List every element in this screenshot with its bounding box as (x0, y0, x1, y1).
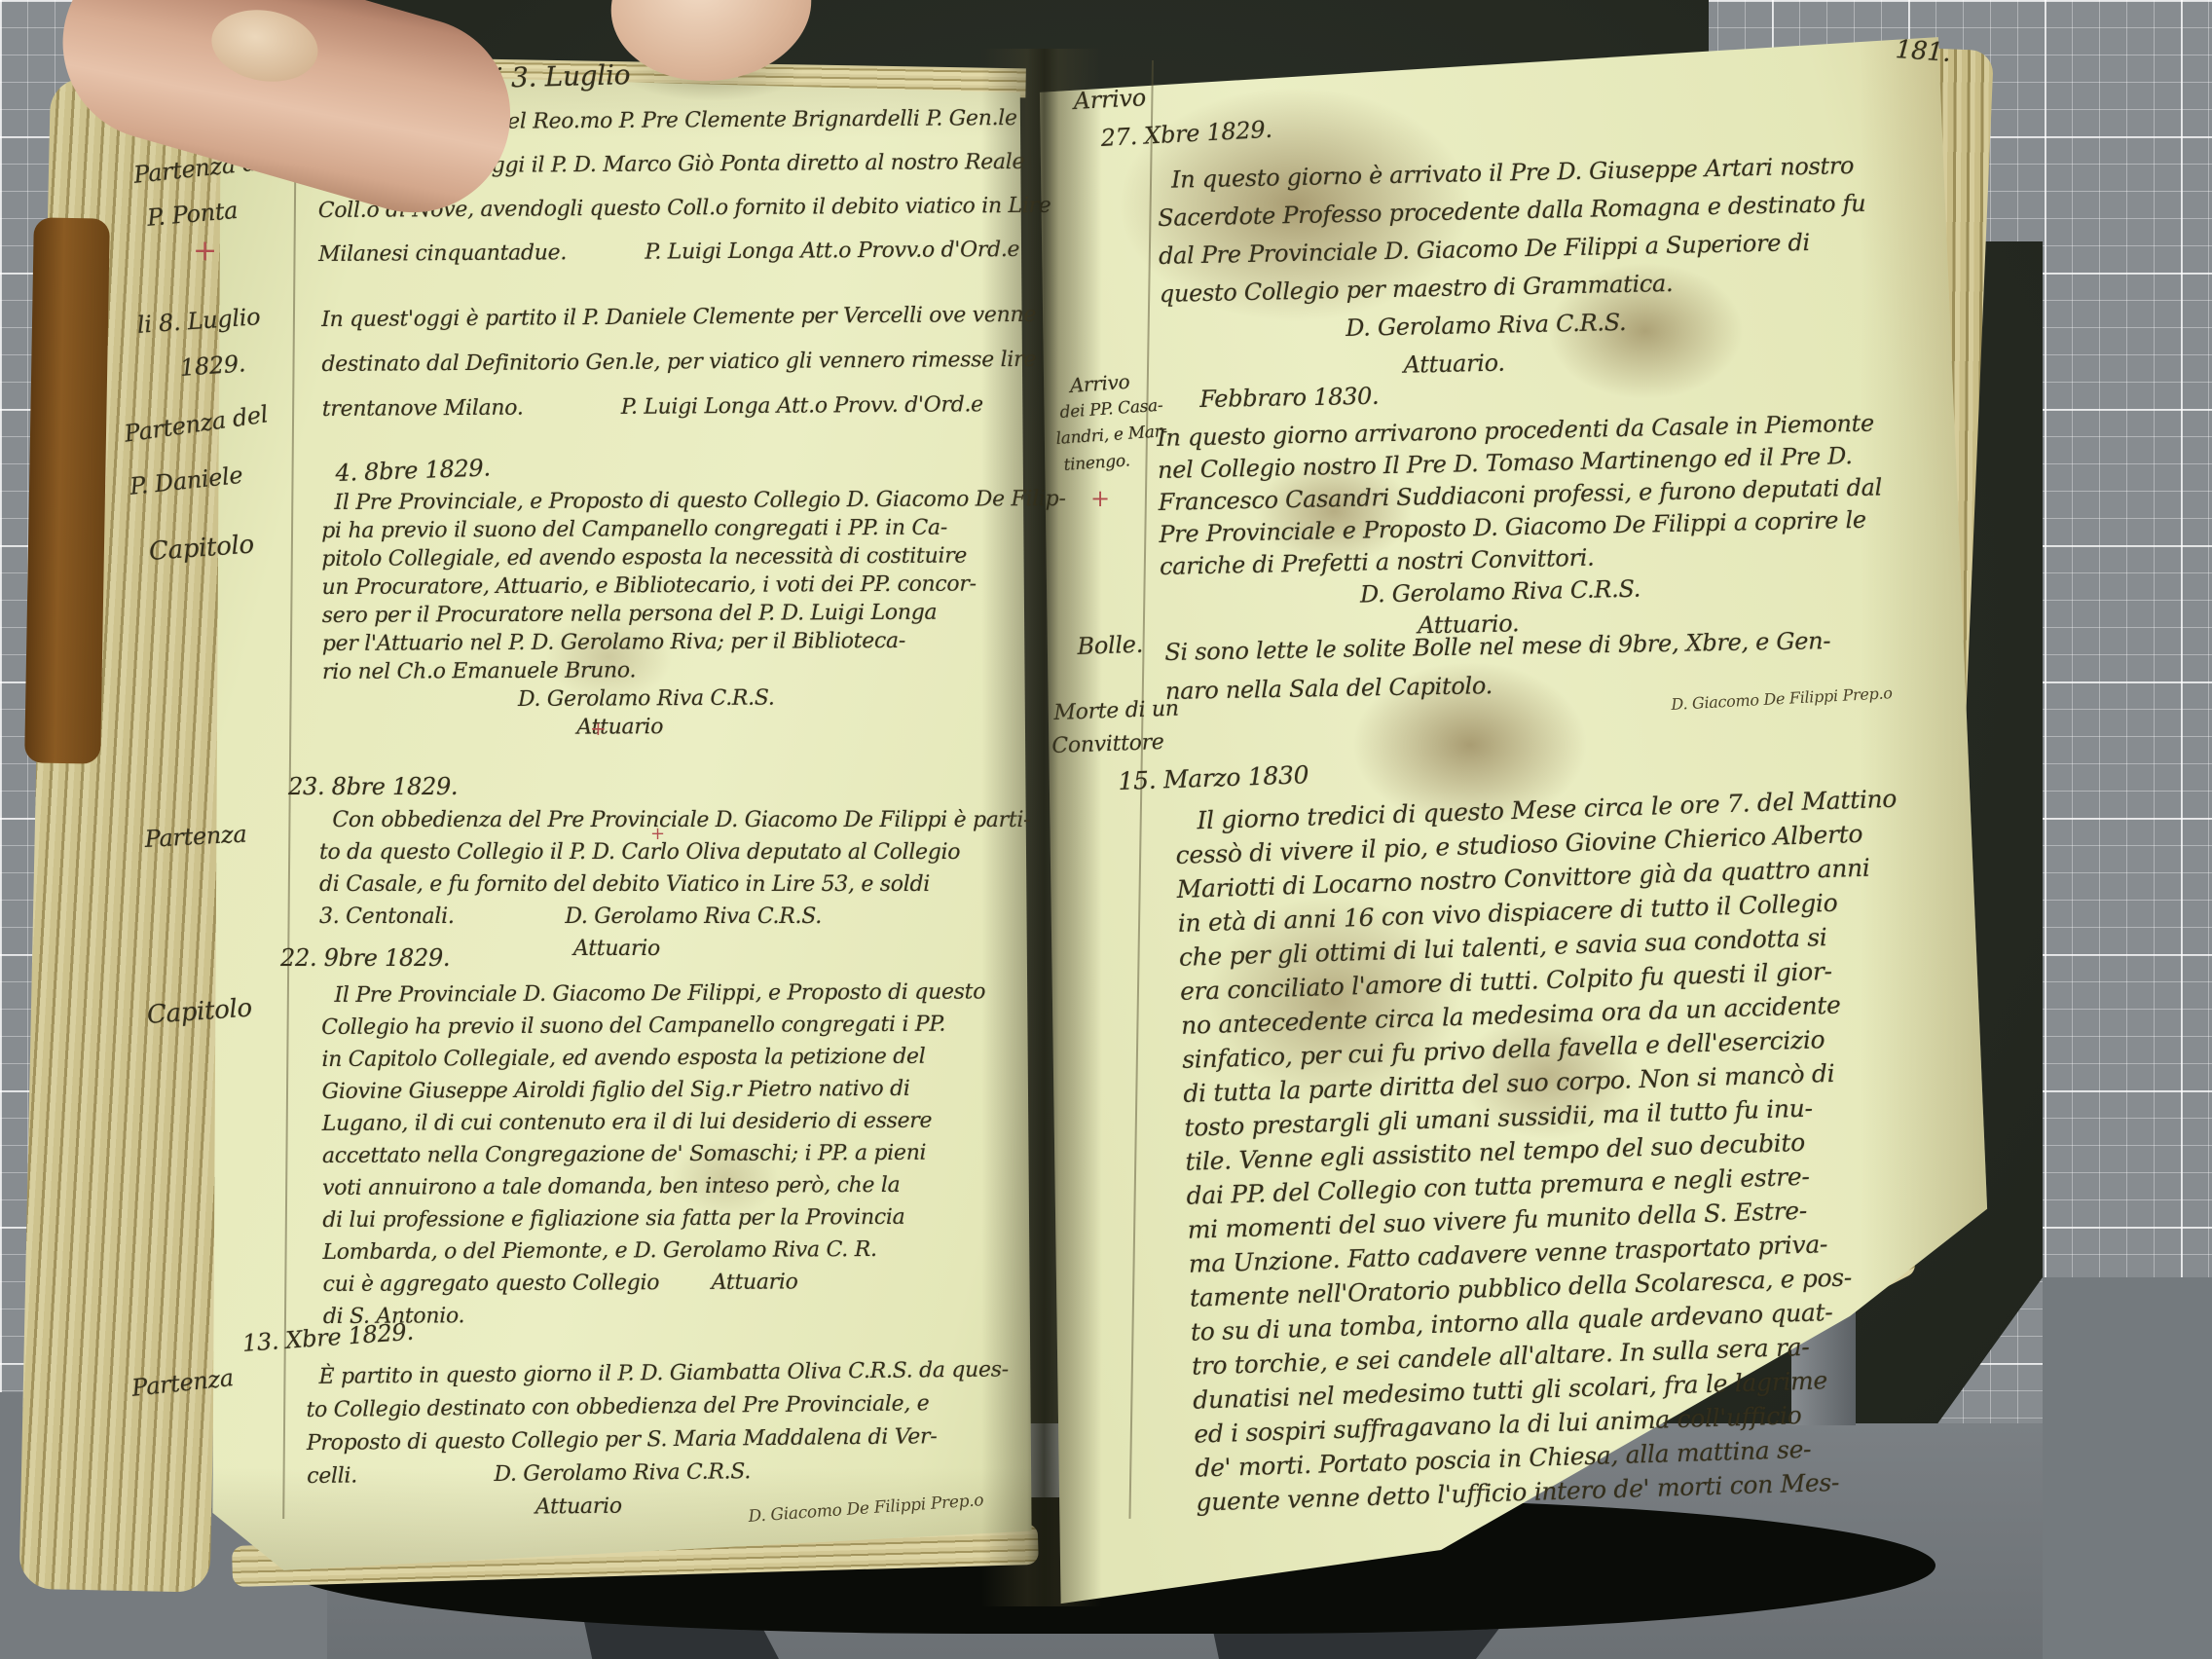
manuscript-line: 3. Centonali. D. Gerolamo Riva C.R.S. (319, 901, 1030, 933)
manuscript-line: Attuario (322, 711, 1067, 743)
table-surface-right (2043, 1277, 2212, 1659)
manuscript-line: rio nel Ch.o Emanuele Bruno. (322, 654, 1067, 686)
manuscript-line: cui è aggregato questo Collegio Attuario (323, 1265, 987, 1301)
manuscript-line: Milanesi cinquantadue. P. Luigi Longa At… (318, 228, 1051, 276)
manuscript-line: In quest'oggi è partito il P. Daniele Cl… (321, 293, 1036, 343)
manuscript-line: di S. Antonio. (323, 1297, 987, 1333)
manuscript-line: to da questo Collegio il P. D. Carlo Oli… (319, 836, 1030, 868)
margin-note-arrivo-1: Arrivo (1073, 84, 1147, 115)
red-cross-mark: + (1090, 485, 1110, 512)
entry-date: 23. 8bre 1829. (288, 773, 458, 800)
margin-note-1829: 1829. (179, 350, 246, 382)
manuscript-line: voti annuirono a tale domanda, ben intes… (322, 1168, 986, 1204)
manuscript-line: pi ha previo il suono del Campanello con… (321, 513, 1066, 545)
entry-date: Febbraro 1830. (1199, 383, 1380, 413)
margin-note-morte-1: Morte di un (1053, 697, 1179, 725)
entry-morte-convittore: Il giorno tredici di questo Mese circa l… (1174, 782, 1919, 1520)
manuscript-line: di Casale, e fu fornito del debito Viati… (319, 868, 1030, 901)
manuscript-line: trentanove Milano. P. Luigi Longa Att.o … (322, 383, 1037, 432)
manuscript-line: Lugano, il di cui contenuto era il di lu… (322, 1104, 986, 1140)
manuscript-line: destinato dal Definitorio Gen.le, per vi… (321, 338, 1036, 387)
margin-note-morte-2: Convittore (1051, 730, 1164, 758)
manuscript-line: un Procuratore, Attuario, e Bibliotecari… (321, 570, 1066, 602)
manuscript-line: Il Pre Provinciale D. Giacomo De Filippi… (321, 976, 985, 1012)
manuscript-line: per l'Attuario nel P. D. Gerolamo Riva; … (322, 626, 1067, 658)
entry-date: 22. 9bre 1829. (280, 944, 450, 972)
manuscript-line: pitolo Collegiale, ed avendo esposta la … (321, 541, 1066, 573)
entry-date: 4. 8bre 1829. (335, 454, 491, 487)
manuscript-line: di lui professione e figliazione sia fat… (322, 1200, 986, 1236)
entry-arrivo-casandri-martinengo: In questo giorno arrivarono procedenti d… (1157, 407, 1885, 647)
entry-partenza-daniele: In quest'oggi è partito il P. Daniele Cl… (321, 293, 1037, 432)
margin-note-arrivo-2: Arrivo (1069, 370, 1130, 397)
manuscript-line: Giovine Giuseppe Airoldi figlio del Sig.… (322, 1072, 986, 1108)
red-cross-mark: + (590, 717, 606, 740)
manuscript-line: Collegio ha previo il suono del Campanel… (321, 1008, 985, 1044)
entry-arrivo-artari: In questo giorno è arrivato il Pre D. Gi… (1157, 147, 1869, 389)
entry-partenza-oliva: Con obbedienza del Pre Provinciale D. Gi… (319, 804, 1030, 965)
manuscript-line: in Capitolo Collegiale, ed avendo espost… (321, 1040, 985, 1076)
red-cross-mark: + (193, 234, 217, 268)
right-page-number: 181. (1895, 35, 1952, 68)
manuscript-photo-scene: 180 1829 li 3. Luglio Partenza del P. Po… (0, 0, 2212, 1659)
manuscript-line: Il Pre Provinciale, e Proposto di questo… (321, 485, 1066, 517)
manuscript-line: Con obbedienza del Pre Provinciale D. Gi… (319, 804, 1030, 836)
manuscript-line: accettato nella Congregazione de' Somasc… (322, 1136, 986, 1172)
book-spine-leather (24, 217, 110, 763)
entry-capitolo-novembre: Il Pre Provinciale D. Giacomo De Filippi… (321, 976, 987, 1333)
margin-note-bolle: Bolle. (1077, 631, 1143, 660)
manuscript-line: sero per il Procuratore nella persona de… (322, 598, 1067, 630)
manuscript-line: D. Gerolamo Riva C.R.S. (322, 682, 1067, 715)
manuscript-line: Lombarda, o del Piemonte, e D. Gerolamo … (322, 1233, 986, 1269)
entry-capitolo-ottobre: Il Pre Provinciale, e Proposto di questo… (321, 485, 1067, 743)
red-cross-mark: + (650, 824, 665, 844)
margin-note-partenza-oliva: Partenza (144, 821, 247, 853)
